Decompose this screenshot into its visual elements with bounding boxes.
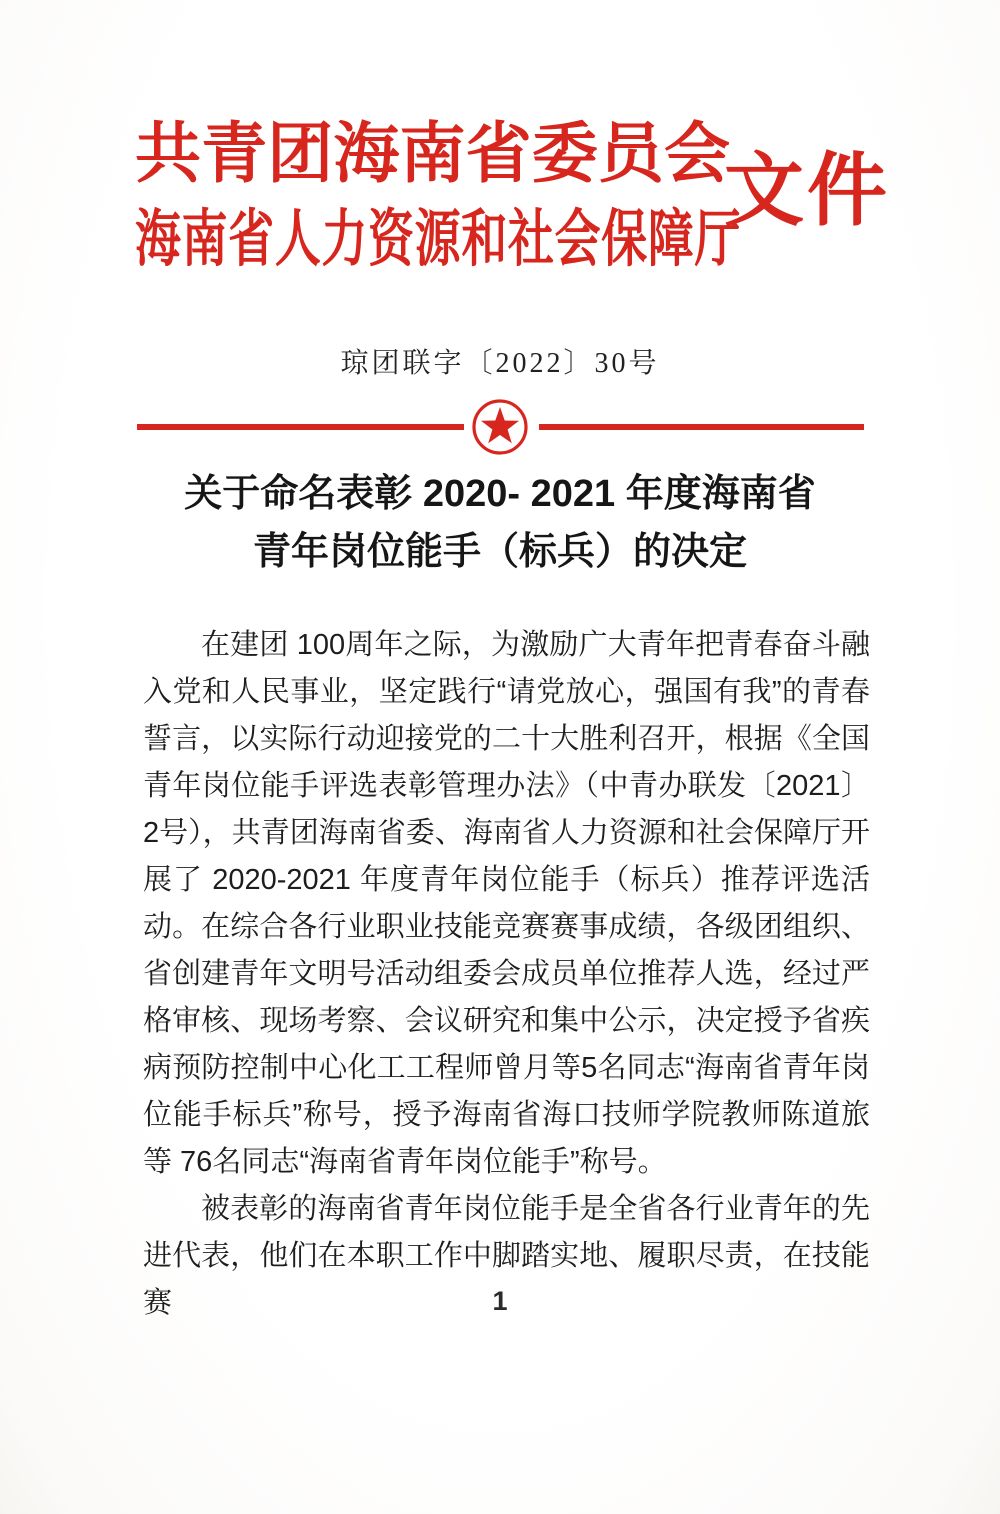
red-rule-left	[137, 424, 464, 430]
title-line-2: 青年岗位能手（标兵）的决定	[0, 523, 1000, 581]
doc-number: 琼团联字〔2022〕30号	[0, 341, 1000, 381]
body-paragraph-1: 在建团 100周年之际，为激励广大青年把青春奋斗融入党和人民事业，坚定践行“请党…	[143, 622, 870, 1186]
document-page: 共青团海南省委员会 海南省人力资源和社会保障厅 文件 琼团联字〔2022〕30号…	[0, 0, 1000, 1514]
page-number: 1	[0, 1286, 1000, 1317]
title-line-1: 关于命名表彰 2020- 2021 年度海南省	[0, 465, 1000, 523]
org-name-line2: 海南省人力资源和社会保障厅	[135, 204, 730, 278]
star-in-circle-icon	[471, 398, 529, 456]
red-rule-right	[539, 424, 864, 430]
document-title: 关于命名表彰 2020- 2021 年度海南省 青年岗位能手（标兵）的决定	[0, 465, 1000, 581]
doc-type-label: 文件	[724, 150, 890, 234]
org-name-line2-text: 海南省人力资源和社会保障厅	[135, 204, 741, 276]
document-body: 在建团 100周年之际，为激励广大青年把青春奋斗融入党和人民事业，坚定践行“请党…	[143, 622, 870, 1327]
org-name-line1: 共青团海南省委员会	[135, 110, 730, 200]
letterhead: 共青团海南省委员会 海南省人力资源和社会保障厅	[135, 110, 730, 278]
